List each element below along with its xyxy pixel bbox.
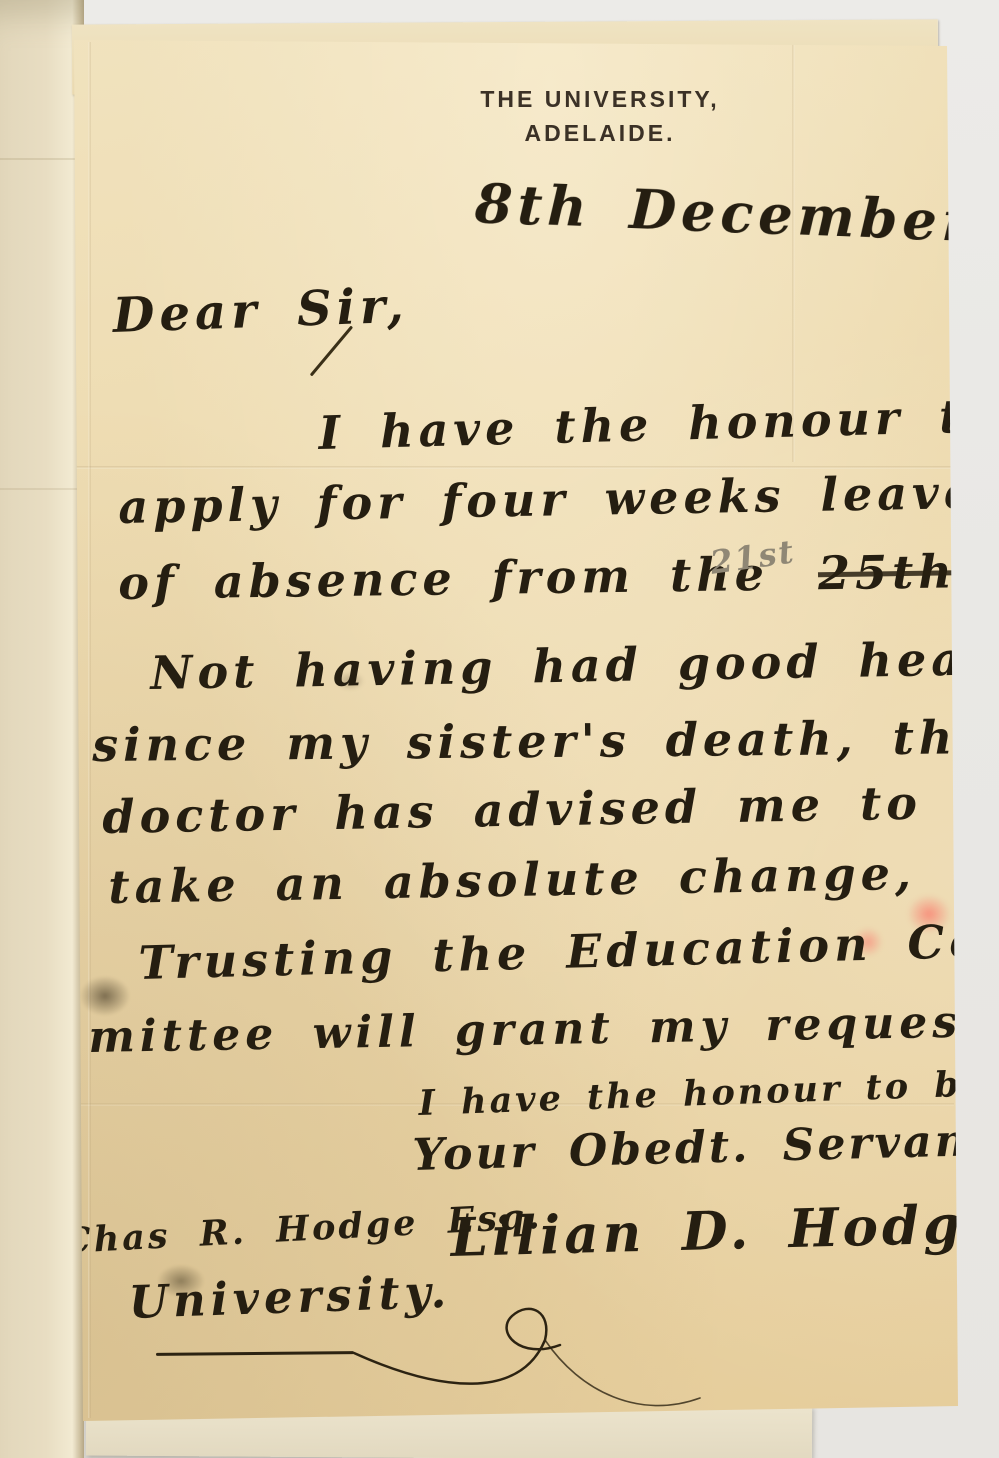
fold-crease-vertical-left bbox=[88, 42, 91, 1418]
body-line-3-prefix: of absence from the bbox=[118, 547, 769, 610]
body-line-3: of absence from the 25th inst. bbox=[118, 546, 999, 606]
salutation: Dear Sir, bbox=[112, 282, 409, 340]
body-line-2: apply for four weeks leave bbox=[118, 469, 978, 530]
body-line-9: mittee will grant my request, bbox=[88, 1000, 999, 1060]
addressee-underline bbox=[156, 1351, 354, 1356]
closing-line-1: I have the honour to be bbox=[418, 1066, 988, 1121]
letterhead-city: ADELAIDE. bbox=[430, 120, 770, 147]
scanned-letter-document: THE UNIVERSITY, ADELAIDE. 8th December 1… bbox=[0, 0, 999, 1458]
underlying-sheet-left bbox=[0, 0, 84, 1458]
body-line-8: Trusting the Education Com- bbox=[138, 916, 999, 986]
letterhead: THE UNIVERSITY, ADELAIDE. bbox=[430, 86, 770, 147]
body-line-4: Not having had good health bbox=[150, 634, 999, 696]
letterhead-institution: THE UNIVERSITY, bbox=[430, 86, 770, 113]
addressee-place: University. bbox=[128, 1269, 452, 1325]
body-line-7: take an absolute change, bbox=[108, 850, 916, 910]
struck-out-date: 25th bbox=[818, 544, 957, 600]
date-line: 8th December 1899. bbox=[474, 176, 999, 258]
body-line-5: since my sister's death, the bbox=[92, 714, 992, 768]
closing-line-2: Your Obedt. Servant, bbox=[412, 1118, 999, 1178]
body-line-6: doctor has advised me to bbox=[102, 780, 922, 840]
letter-page: THE UNIVERSITY, ADELAIDE. 8th December 1… bbox=[0, 0, 999, 1458]
body-line-1: I have the honour to bbox=[318, 392, 999, 456]
